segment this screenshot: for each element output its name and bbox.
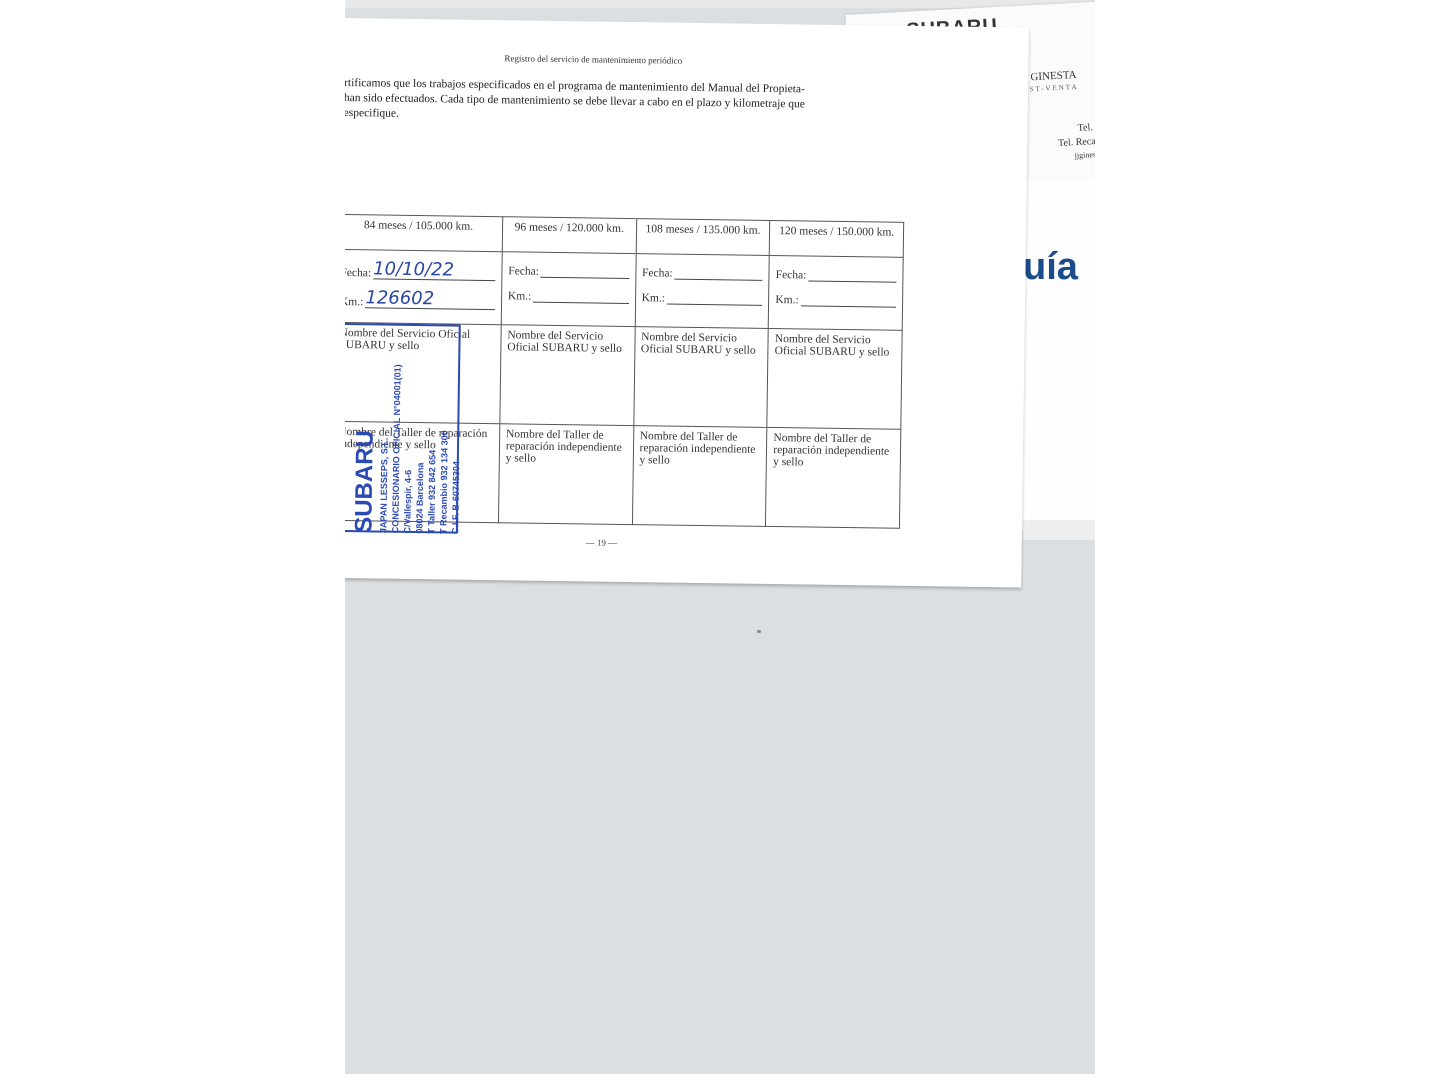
official-service-cell: Nombre del Servicio Oficial SUBARU y sel… (767, 328, 902, 429)
page-header: Registro del servicio de mantenimiento p… (504, 53, 682, 65)
km-label: Km.: (642, 292, 665, 304)
workshop-cell: Nombre del Taller de reparación independ… (498, 424, 633, 525)
page-number: — 19 — (586, 537, 618, 547)
km-field[interactable]: 126602 (365, 289, 495, 310)
dealer-card-name: Z GINESTA (1021, 69, 1077, 84)
fecha-field[interactable] (675, 265, 763, 281)
interval-header: 108 meses / 135.000 km. (636, 219, 770, 256)
workshop-cell: Nombre del Taller de reparación independ… (766, 427, 901, 528)
km-label: Km.: (345, 296, 363, 308)
dealer-stamp: SUBARU JAPAN LESSEPS, S.L. CONCESIONARIO… (345, 323, 461, 534)
fecha-field[interactable] (808, 266, 896, 282)
fecha-field[interactable] (541, 263, 629, 279)
km-label: Km.: (508, 290, 531, 302)
guide-cover-sheet: uía (1017, 180, 1095, 530)
dealer-card-email: jjginesta@ (1074, 149, 1095, 160)
scanned-document: SUBARU Z GINESTA ST-VENTA Tel. Tal Tel. … (345, 0, 1095, 1074)
interval-header: 120 meses / 150.000 km. (769, 220, 903, 257)
dealer-card-tel-2: Tel. Recamb (1058, 135, 1095, 149)
sheet-edge (1023, 520, 1095, 540)
dealer-card-tel-1: Tel. Tal (1077, 121, 1095, 134)
fecha-label: Fecha: (508, 265, 539, 277)
date-km-row: Fecha:10/10/22 Km.:126602 Fecha: Km.: Fe… (345, 249, 903, 330)
km-label: Km.: (775, 294, 798, 306)
scan-speck (757, 630, 761, 633)
km-field[interactable] (533, 288, 629, 304)
interval-header: 84 meses / 105.000 km. (345, 214, 503, 251)
stamp-subaru-logo: SUBARU (351, 328, 380, 533)
fecha-field[interactable]: 10/10/22 (373, 260, 495, 281)
guide-title-fragment: uía (1023, 246, 1078, 289)
intro-paragraph: rtificamos que los trabajos especificado… (345, 76, 919, 129)
interval-header: 96 meses / 120.000 km. (502, 217, 636, 254)
km-field[interactable] (801, 291, 897, 307)
dealer-card-subtitle: ST-VENTA (1029, 83, 1078, 94)
fecha-label: Fecha: (776, 269, 807, 281)
workshop-cell: Nombre del Taller de reparación independ… (632, 426, 767, 527)
date-km-cell: Fecha: Km.: (768, 255, 903, 330)
official-service-cell: Nombre del Servicio Oficial SUBARU y sel… (633, 327, 768, 428)
date-km-cell: Fecha: Km.: (501, 252, 636, 327)
maintenance-record-page: Registro del servicio de mantenimiento p… (345, 18, 1029, 587)
date-km-cell: Fecha:10/10/22 Km.:126602 (345, 249, 502, 324)
fecha-label: Fecha: (345, 267, 371, 279)
km-field[interactable] (667, 290, 763, 306)
official-service-cell: Nombre del Servicio Oficial SUBARU y sel… (500, 325, 635, 426)
fecha-label: Fecha: (642, 267, 673, 279)
date-km-cell: Fecha: Km.: (635, 254, 770, 329)
